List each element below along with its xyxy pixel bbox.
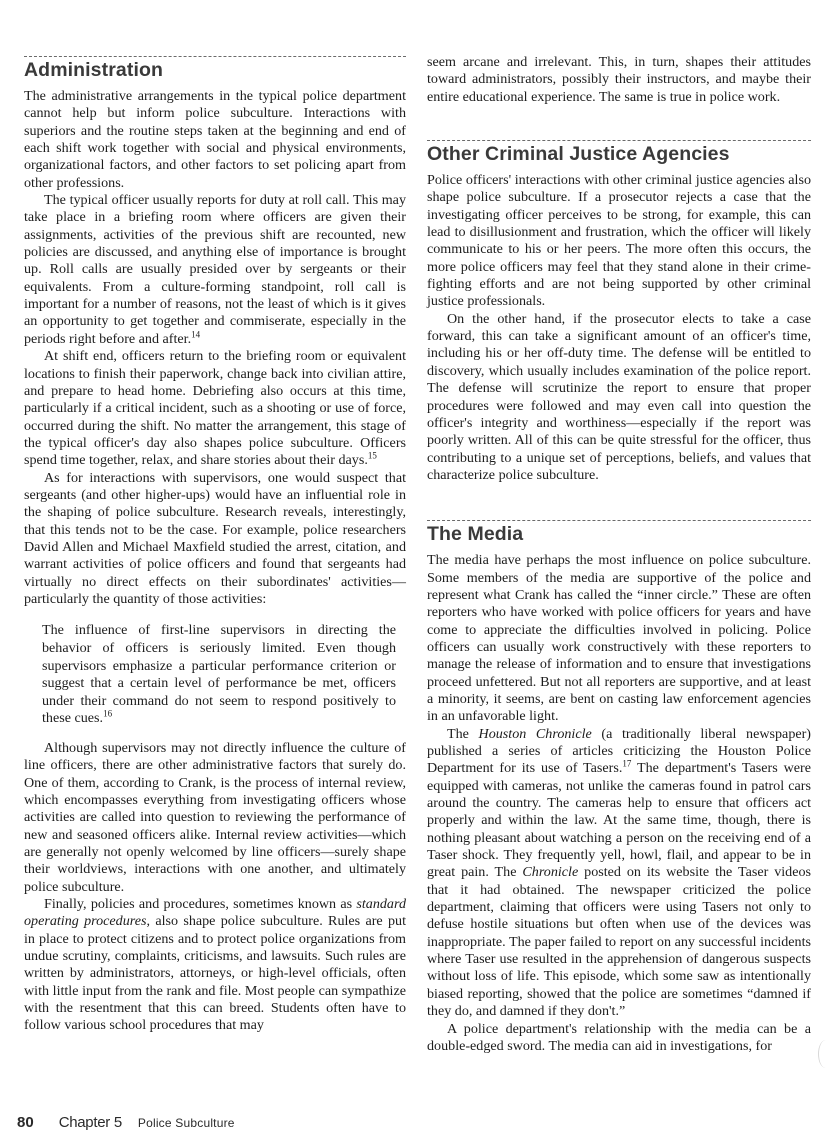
heading-other-agencies: Other Criminal Justice Agencies [427, 143, 811, 165]
page-number: 80 [17, 1114, 34, 1131]
paragraph: The administrative arrangements in the t… [24, 88, 406, 192]
italic-title: Houston Chronicle [479, 726, 592, 742]
chapter-label: Chapter 5 [59, 1114, 122, 1131]
footnote-ref: 15 [368, 451, 377, 461]
paragraph: At shift end, officers return to the bri… [24, 348, 406, 469]
paragraph: The typical officer usually reports for … [24, 192, 406, 348]
section-divider [24, 56, 406, 57]
paragraph: The media have perhaps the most influenc… [427, 552, 811, 725]
quote-text: The influence of first-line supervisors … [42, 622, 396, 728]
section-divider [427, 520, 811, 521]
left-column: Administration The administrative arrang… [24, 0, 406, 1035]
chapter-title: Police Subculture [138, 1116, 235, 1130]
paragraph: Finally, policies and procedures, someti… [24, 896, 406, 1035]
paragraph: Police officers' interactions with other… [427, 172, 811, 311]
italic-title: Chronicle [522, 864, 578, 880]
section-divider [427, 140, 811, 141]
block-quote: The influence of first-line supervisors … [42, 622, 396, 728]
heading-administration: Administration [24, 59, 406, 81]
footnote-ref: 16 [103, 709, 112, 719]
paragraph: The Houston Chronicle (a traditionally l… [427, 726, 811, 1021]
paragraph-continuation: seem arcane and irrelevant. This, in tur… [427, 54, 811, 106]
heading-media: The Media [427, 523, 811, 545]
paragraph: On the other hand, if the prosecutor ele… [427, 311, 811, 484]
right-column: seem arcane and irrelevant. This, in tur… [427, 0, 811, 1055]
page-footer: 80 Chapter 5 Police Subculture [17, 1114, 235, 1131]
scan-artifact [818, 1040, 828, 1068]
footnote-ref: 14 [191, 329, 200, 339]
paragraph: Although supervisors may not directly in… [24, 740, 406, 896]
paragraph: As for interactions with supervisors, on… [24, 470, 406, 609]
paragraph: A police department's relationship with … [427, 1021, 811, 1056]
